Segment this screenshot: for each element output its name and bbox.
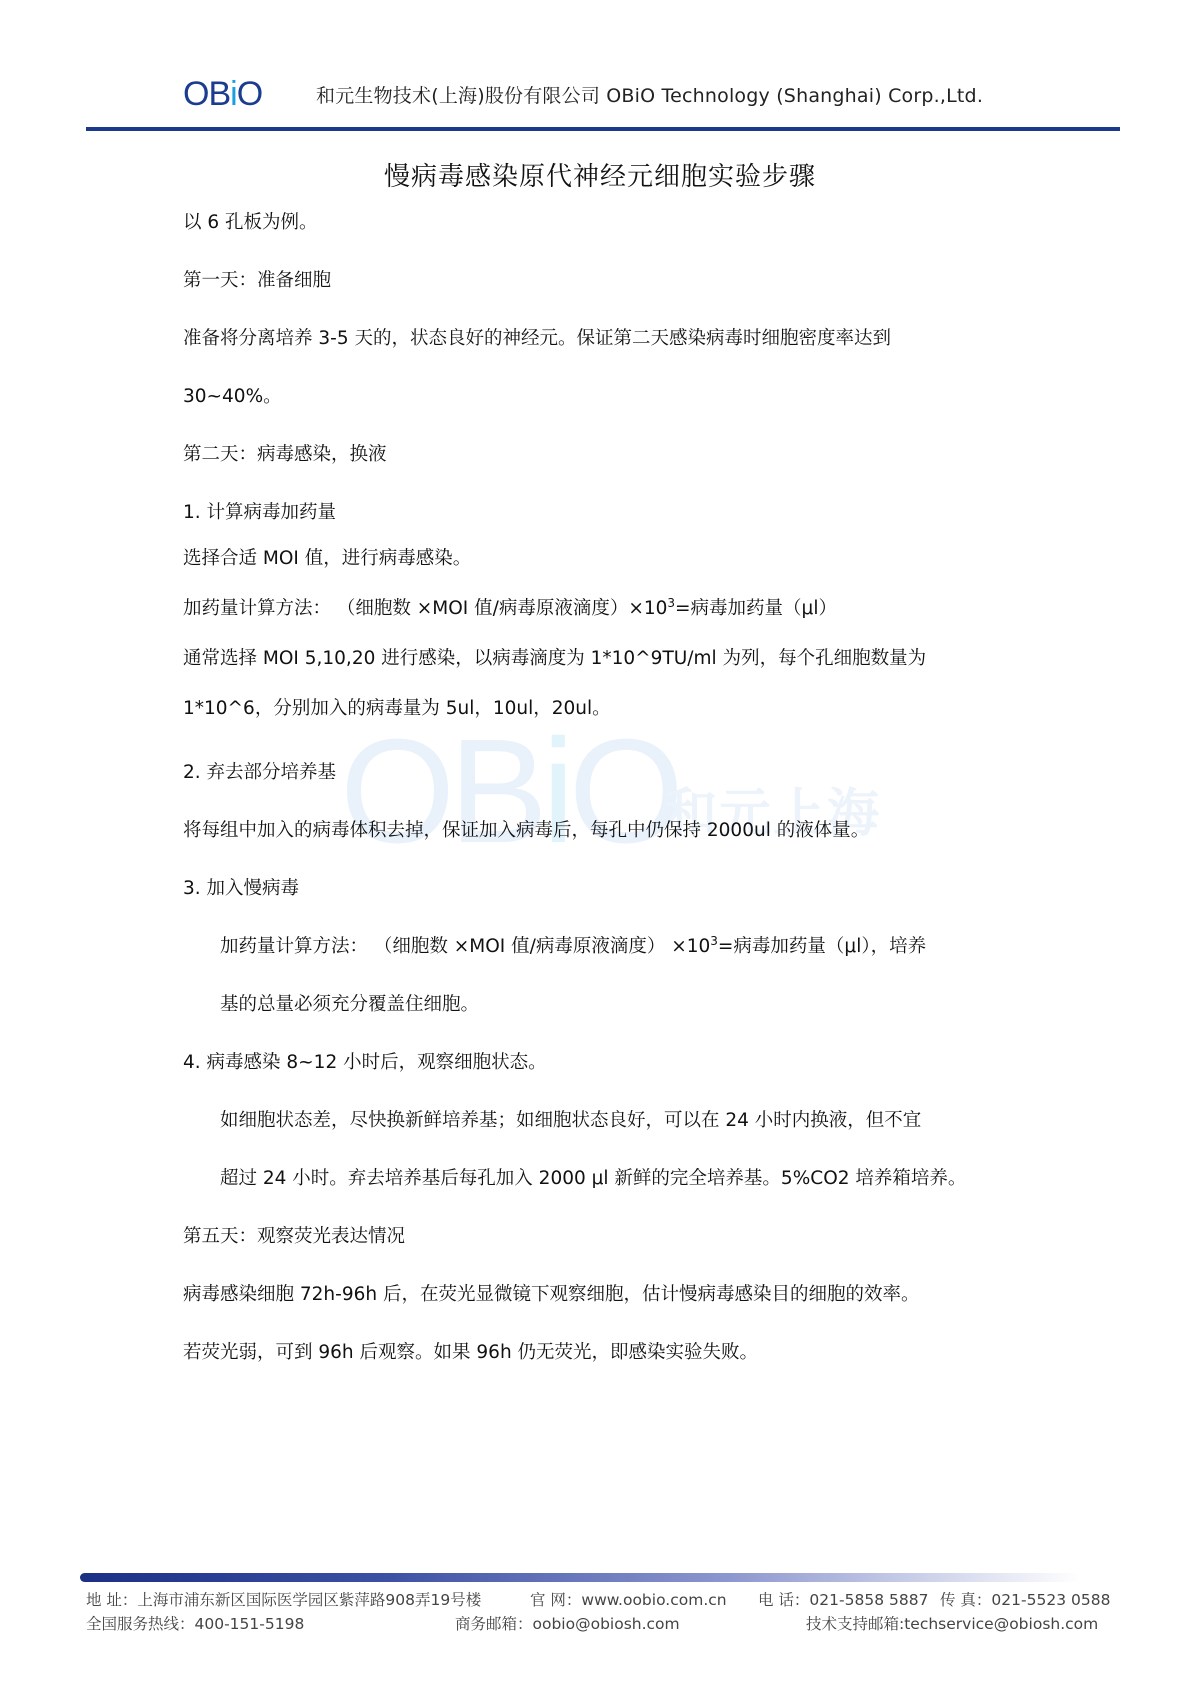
- step3-line2: 基的总量必须充分覆盖住细胞。: [220, 992, 479, 1018]
- formula-exponent: 3: [667, 596, 675, 610]
- footer-website[interactable]: 官 网：www.oobio.com.cn: [530, 1590, 727, 1610]
- step3-formula: 加药量计算方法： （细胞数 ×MOI 值/病毒原液滴度） ×103=病毒加药量（…: [220, 934, 926, 960]
- formula-text: 加药量计算方法： （细胞数 ×MOI 值/病毒原液滴度）×10: [183, 598, 667, 619]
- footer-tech-email[interactable]: 技术支持邮箱:techservice@obiosh.com: [806, 1614, 1098, 1634]
- step1-line4: 1*10^6，分别加入的病毒量为 5ul，10ul，20ul。: [183, 696, 611, 722]
- footer-business-email[interactable]: 商务邮箱：oobio@obiosh.com: [455, 1614, 680, 1634]
- footer-fax: 传 真：021-5523 0588: [940, 1590, 1110, 1610]
- day1-text-line1: 准备将分离培养 3-5 天的，状态良好的神经元。保证第二天感染病毒时细胞密度率达…: [183, 326, 891, 352]
- intro-text: 以 6 孔板为例。: [183, 210, 318, 236]
- obio-logo: OBiO: [183, 74, 262, 114]
- day5-heading: 第五天：观察荧光表达情况: [183, 1224, 405, 1250]
- footer-hotline: 全国服务热线：400-151-5198: [86, 1614, 304, 1634]
- page-header: OBiO 和元生物技术(上海)股份有限公司 OBiO Technology (S…: [0, 0, 1200, 140]
- document-title: 慢病毒感染原代神经元细胞实验步骤: [0, 160, 1200, 194]
- header-divider: [86, 127, 1120, 131]
- step4-line1: 如细胞状态差，尽快换新鲜培养基；如细胞状态良好，可以在 24 小时内换液，但不宜: [220, 1108, 921, 1134]
- footer-address: 地 址：上海市浦东新区国际医学园区紫萍路908弄19号楼: [86, 1590, 481, 1610]
- formula-result: =病毒加药量（μl），培养: [718, 936, 926, 957]
- step4-line2: 超过 24 小时。弃去培养基后每孔加入 2000 μl 新鲜的完全培养基。5%C…: [220, 1166, 966, 1192]
- step1-line1: 选择合适 MOI 值，进行病毒感染。: [183, 546, 471, 572]
- day1-heading: 第一天：准备细胞: [183, 268, 331, 294]
- step1-title: 1. 计算病毒加药量: [183, 500, 336, 526]
- step1-formula: 加药量计算方法： （细胞数 ×MOI 值/病毒原液滴度）×103=病毒加药量（μ…: [183, 596, 837, 622]
- step1-line3: 通常选择 MOI 5,10,20 进行感染，以病毒滴度为 1*10^9TU/ml…: [183, 646, 926, 672]
- formula-result: =病毒加药量（μl）: [675, 598, 837, 619]
- company-name: 和元生物技术(上海)股份有限公司 OBiO Technology (Shangh…: [316, 84, 983, 108]
- step4-title: 4. 病毒感染 8~12 小时后，观察细胞状态。: [183, 1050, 547, 1076]
- step2-title: 2. 弃去部分培养基: [183, 760, 336, 786]
- day1-text-line2: 30~40%。: [183, 384, 282, 410]
- logo-text-prefix: OB: [183, 75, 230, 113]
- footer-phone: 电 话：021-5858 5887: [758, 1590, 928, 1610]
- day2-heading: 第二天：病毒感染，换液: [183, 442, 387, 468]
- formula-text: 加药量计算方法： （细胞数 ×MOI 值/病毒原液滴度） ×10: [220, 936, 710, 957]
- day5-line1: 病毒感染细胞 72h-96h 后，在荧光显微镜下观察细胞，估计慢病毒感染目的细胞…: [183, 1282, 919, 1308]
- day5-line2: 若荧光弱，可到 96h 后观察。如果 96h 仍无荧光，即感染实验失败。: [183, 1340, 758, 1366]
- formula-exponent: 3: [710, 934, 718, 948]
- step2-text: 将每组中加入的病毒体积去掉，保证加入病毒后，每孔中仍保持 2000ul 的液体量…: [183, 818, 869, 844]
- step3-title: 3. 加入慢病毒: [183, 876, 299, 902]
- logo-text-suffix: O: [237, 75, 262, 113]
- footer-gradient-bar: [80, 1573, 1080, 1582]
